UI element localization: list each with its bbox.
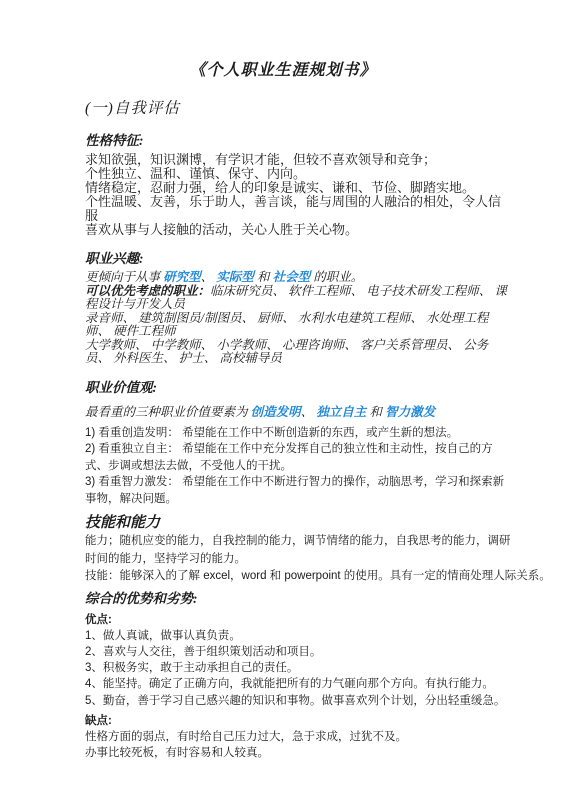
personality-line: 喜欢从事与人接触的活动，关心人胜于关心物。	[85, 223, 511, 237]
values-separator: 、	[301, 405, 317, 419]
personality-line: 个性独立、温和、谨慎、保守、内向。	[85, 167, 511, 181]
personality-line: 个性温暖、友善，乐于助人，善言谈，能与周围的人融洽的相处，令人信服	[85, 195, 511, 223]
heading-career-interests: 职业兴趣:	[85, 250, 511, 268]
interest-lead-suffix: 的职业。	[310, 270, 363, 284]
pros-item: 1、做人真诚，做事认真负责。	[85, 628, 511, 644]
priority-jobs-line: 可以优先考虑的职业：临床研究员、 软件工程师、 电子技术研发工程师、 课程设计与…	[85, 285, 511, 312]
values-and-word: 和	[366, 405, 385, 419]
values-item: 2) 看重独立自主： 希望能在工作中充分发挥自己的独立性和主动性，按自己的方式、…	[85, 441, 511, 474]
cons-list: 性格方面的弱点，有时给自己压力过大，急于求成，过犹不及。 办事比较死板，有时容易…	[85, 729, 511, 762]
pros-item: 5、勤奋，善于学习自己感兴趣的知识和事物。做事喜欢列个计划，分出轻重缓急。	[85, 693, 511, 709]
cons-item: 办事比较死板，有时容易和人较真。	[85, 745, 511, 762]
career-interests-body: 更倾向于从事 研究型、 实际型 和 社会型 的职业。 可以优先考虑的职业：临床研…	[85, 271, 511, 366]
value-intellectual-stimulation: 智力激发	[385, 405, 435, 419]
interest-lead-line: 更倾向于从事 研究型、 实际型 和 社会型 的职业。	[85, 271, 511, 285]
document-page: 《个人职业生涯规划书》 (一)自我评估 性格特征: 求知欲强，知识渊博，有学识才…	[0, 0, 566, 800]
personality-line: 情绪稳定，忍耐力强，给人的印象是诚实、谦和、节俭、脚踏实地。	[85, 181, 511, 195]
interest-type-realistic: 实际型	[216, 270, 254, 284]
heading-career-values: 职业价值观:	[85, 379, 511, 397]
values-lead-line: 最看重的三种职业价值要素为 创造发明、 独立自主 和 智力激发	[85, 405, 511, 419]
skills-body: 能力；随机应变的能力，自我控制的能力，调节情绪的能力，自我思考的能力，调研时间的…	[85, 533, 511, 586]
section-heading-self-evaluation: (一)自我评估	[85, 98, 511, 119]
interest-type-research: 研究型	[163, 270, 201, 284]
interest-separator: 、	[201, 270, 217, 284]
heading-personality-traits: 性格特征:	[85, 132, 511, 150]
values-lead-prefix: 最看重的三种职业价值要素为	[85, 405, 251, 419]
skill-line: 技能：能够深入的了解 excel，word 和 powerpoint 的使用。具…	[85, 568, 511, 586]
value-creativity: 创造发明	[251, 405, 301, 419]
interest-lead-prefix: 更倾向于从事	[85, 270, 163, 284]
pros-item: 4、能坚持。确定了正确方向，我就能把所有的力气砸向那个方向。有执行能力。	[85, 676, 511, 692]
value-independence: 独立自主	[316, 405, 366, 419]
heading-strengths-weaknesses: 综合的优势和劣势:	[85, 590, 511, 608]
personality-paragraphs: 求知欲强，知识渊博，有学识才能，但较不喜欢领导和竞争； 个性独立、温和、谨慎、保…	[85, 153, 511, 237]
ability-line: 能力；随机应变的能力，自我控制的能力，调节情绪的能力，自我思考的能力，调研时间的…	[85, 533, 511, 568]
interest-and-word: 和	[254, 270, 273, 284]
cons-label: 缺点:	[85, 713, 511, 729]
pros-list: 1、做人真诚，做事认真负责。 2、喜欢与人交往，善于组织策划活动和项目。 3、积…	[85, 628, 511, 709]
pros-item: 3、积极务实，敢于主动承担自己的责任。	[85, 660, 511, 676]
pros-item: 2、喜欢与人交往，善于组织策划活动和项目。	[85, 644, 511, 660]
heading-skills-abilities: 技能和能力	[85, 513, 511, 533]
pros-label: 优点:	[85, 612, 511, 628]
values-item: 3) 看重智力激发： 希望能在工作中不断进行智力的操作，动脑思考，学习和探索新事…	[85, 474, 511, 507]
values-items-list: 1) 看重创造发明： 希望能在工作中不断创造新的东西，或产生新的想法。 2) 看…	[85, 425, 511, 508]
jobs-line: 大学教师、 中学教师、 小学教师、 心理咨询师、 客户关系管理员、 公务员、 外…	[85, 339, 511, 366]
document-title: 《个人职业生涯规划书》	[55, 60, 511, 82]
interest-type-social: 社会型	[273, 270, 311, 284]
jobs-line: 录音师、 建筑制图员/制图员、 厨师、 水利水电建筑工程师、 水处理工程师、 硬…	[85, 312, 511, 339]
personality-line: 求知欲强，知识渊博，有学识才能，但较不喜欢领导和竞争；	[85, 153, 511, 167]
priority-jobs-label: 可以优先考虑的职业：	[85, 284, 210, 298]
cons-item: 性格方面的弱点，有时给自己压力过大，急于求成，过犹不及。	[85, 729, 511, 746]
values-item: 1) 看重创造发明： 希望能在工作中不断创造新的东西，或产生新的想法。	[85, 425, 511, 442]
